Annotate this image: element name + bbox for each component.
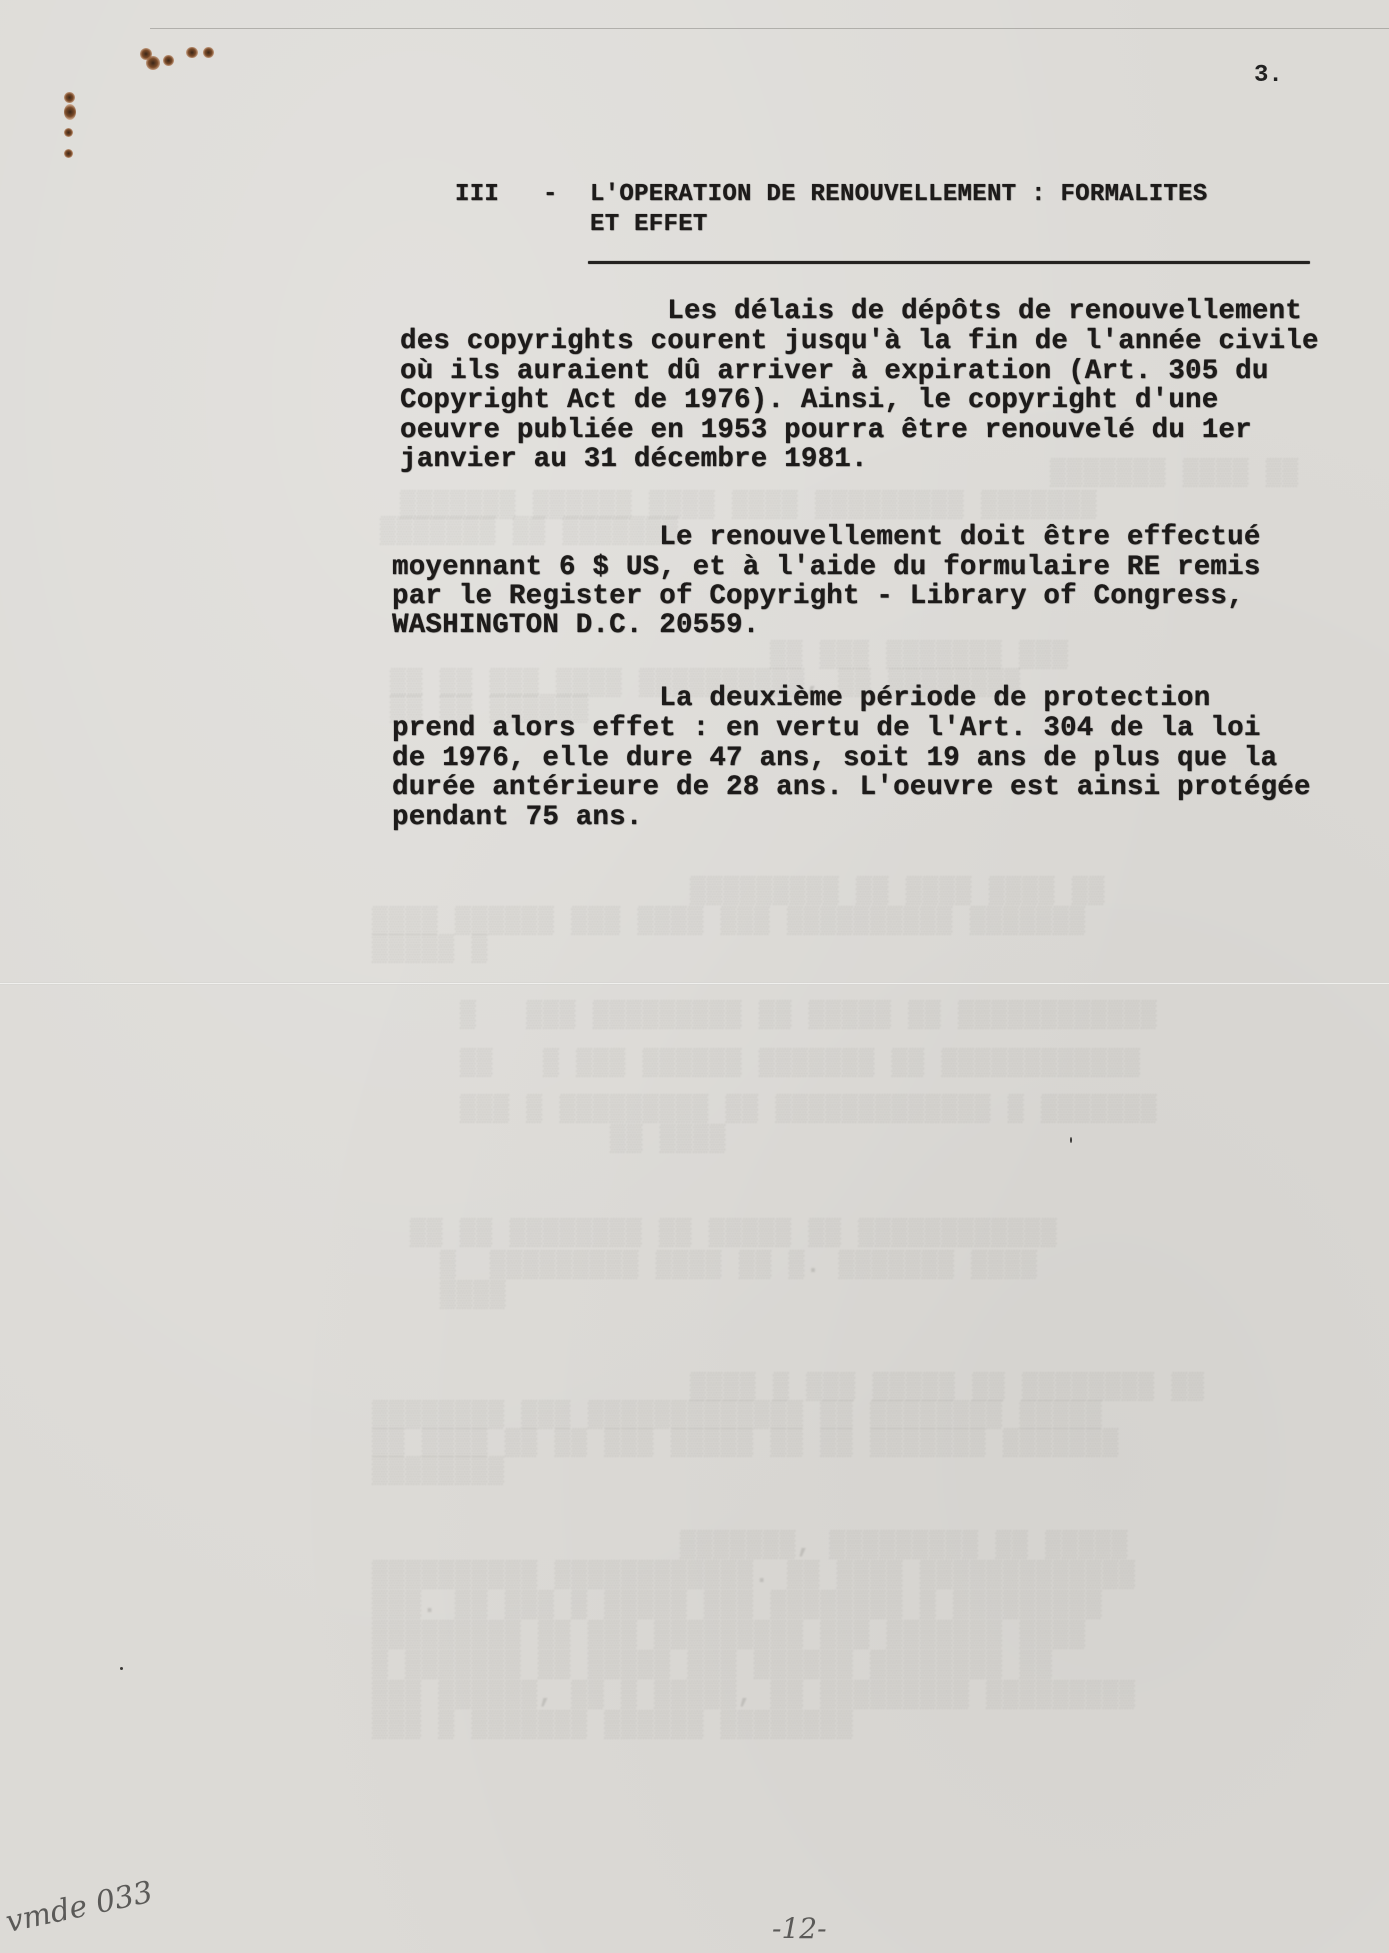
section-dash: - — [543, 181, 558, 208]
paragraph-line: durée antérieure de 28 ans. L'oeuvre est… — [392, 772, 1311, 803]
paragraph-line: WASHINGTON D.C. 20559. — [392, 610, 759, 641]
paragraph-line: prend alors effet : en vertu de l'Art. 3… — [392, 713, 1261, 744]
ink-speck — [1070, 1137, 1072, 1143]
paragraph-line: des copyrights courent jusqu'à la fin de… — [400, 326, 1319, 357]
paragraph-line: par le Register of Copyright - Library o… — [392, 581, 1244, 612]
paper-fold-crease — [0, 982, 1389, 985]
heading-underline — [588, 261, 1310, 264]
paragraph-line: Copyright Act de 1976). Ainsi, le copyri… — [400, 385, 1218, 416]
paragraph-line: janvier au 31 décembre 1981. — [400, 444, 868, 475]
section-numeral: III — [455, 181, 499, 208]
ink-speck — [120, 1667, 123, 1670]
paragraph-line: oeuvre publiée en 1953 pourra être renou… — [400, 415, 1252, 446]
paragraph-line: de 1976, elle dure 47 ans, soit 19 ans d… — [392, 743, 1277, 774]
paragraph-line: Le renouvellement doit être effectué — [392, 522, 1261, 553]
top-edge-rule — [150, 28, 1389, 29]
paragraph-line: pendant 75 ans. — [392, 802, 643, 833]
paragraph-line: La deuxième période de protection — [392, 683, 1210, 714]
typed-page-number: 3. — [1254, 62, 1283, 89]
section-title-line-1: L'OPERATION DE RENOUVELLEMENT : FORMALIT… — [590, 181, 1208, 208]
paragraph-line: Les délais de dépôts de renouvellement — [400, 296, 1302, 327]
paragraph-line: moyennant 6 $ US, et à l'aide du formula… — [392, 552, 1261, 583]
paragraph-line: où ils auraient dû arriver à expiration … — [400, 356, 1269, 387]
handwritten-page-number: -12- — [772, 1912, 827, 1945]
handwritten-reference: vmde 033 — [3, 1875, 156, 1940]
section-title-line-2: ET EFFET — [590, 211, 708, 238]
